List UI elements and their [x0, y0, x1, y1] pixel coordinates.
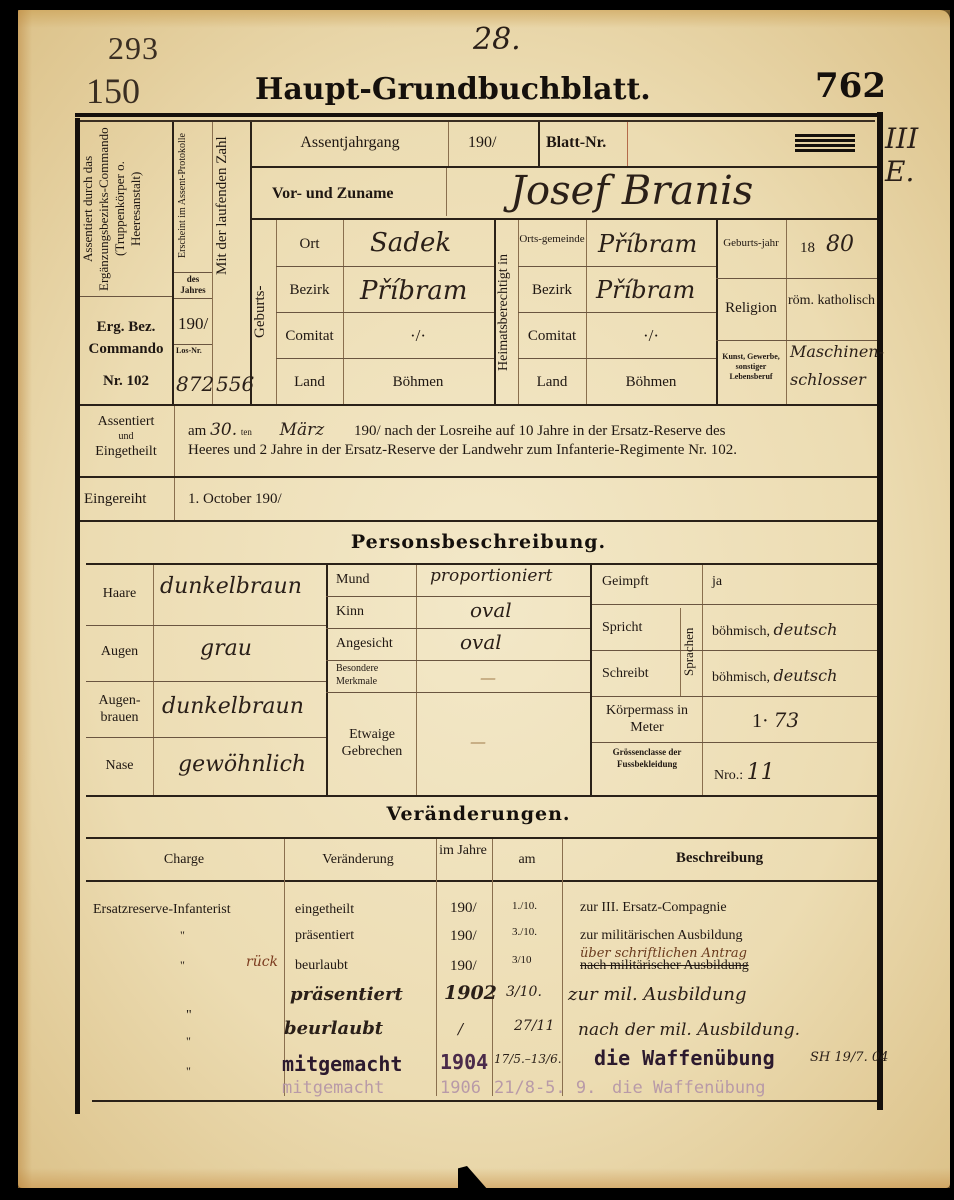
heimat-comitat-value: ·/·: [586, 326, 716, 346]
fuss-value: Nro.: 11: [714, 760, 775, 785]
commando-line-2: Commando: [80, 338, 172, 360]
name-value: Josef Branis: [510, 168, 753, 214]
divider: [786, 220, 787, 404]
laufende-zahl-value: 556: [216, 372, 254, 396]
spricht-print: böhmisch,: [712, 624, 770, 639]
angesicht-value: oval: [460, 630, 502, 654]
divider: [174, 298, 212, 299]
divider: [276, 358, 494, 359]
row6-jahr-stamp: 1904: [440, 1050, 488, 1074]
heimat-land-value: Böhmen: [586, 374, 716, 391]
koerpermass-hand: 73: [774, 708, 799, 732]
header-beschreibung: Beschreibung: [562, 850, 877, 867]
stamp-number-150: 150: [86, 70, 140, 112]
name-label: Vor- und Zuname: [272, 185, 394, 203]
row4-jahr: 1902: [444, 982, 497, 1004]
geburts-bezirk-value: Příbram: [360, 276, 467, 306]
geburts-label: Geburts-: [252, 222, 276, 402]
divider: [326, 565, 328, 795]
divider: [80, 520, 877, 522]
nase-value: gewöhnlich: [178, 752, 306, 777]
row6-am: 17/5.–13/6.: [494, 1052, 562, 1066]
divider: [702, 565, 703, 795]
row1-jahr: 190/: [450, 900, 477, 917]
ortsgemeinde-value: Příbram: [598, 230, 697, 258]
frame-top: [75, 113, 883, 117]
assent-year: 190/: [354, 423, 381, 439]
divider: [627, 122, 628, 166]
angesicht-label: Angesicht: [336, 636, 393, 652]
row7-veraenderung-stamp: mitgemacht: [282, 1078, 384, 1098]
divider: [436, 839, 437, 1096]
header-jahr: im Jahre: [434, 842, 492, 859]
row5-charge: ": [186, 1034, 191, 1049]
fuss-hand: 11: [747, 760, 775, 785]
row4-charge: ": [186, 1008, 192, 1024]
divider: [86, 880, 877, 882]
geburtsjahr-prefix: 18: [800, 240, 815, 257]
row7-beschreibung-stamp: die Waffenübung: [612, 1078, 766, 1098]
row5-beschreibung: nach der mil. Ausbildung.: [578, 1020, 800, 1040]
augen-value: grau: [200, 636, 252, 661]
divider: [174, 478, 175, 520]
row1-beschreibung: zur III. Ersatz-Compagnie: [580, 900, 727, 916]
paper-stain-bottom: [18, 1168, 950, 1188]
kinn-label: Kinn: [336, 604, 364, 620]
gebrechen-value: —: [470, 732, 486, 751]
divider: [518, 358, 716, 359]
blatt-nr-label: Blatt-Nr.: [546, 134, 606, 152]
geimpft-value: ja: [712, 574, 722, 590]
fuss-label: Grössenclasse der Fussbekleidung: [592, 746, 702, 770]
gebrechen-label: Etwaige Gebrechen: [328, 726, 416, 760]
divider: [276, 266, 494, 267]
assentjahrgang-value: 190/: [468, 134, 496, 152]
haare-value: dunkelbraun: [160, 574, 302, 599]
header-veraenderung: Veränderung: [282, 852, 434, 868]
augenbrauen-label: Augen-brauen: [86, 692, 153, 726]
kinn-value: oval: [470, 598, 512, 622]
assent-text-1: nach der Losreihe auf 10 Jahre in der Er…: [384, 423, 725, 439]
divider: [174, 344, 212, 345]
divider: [326, 692, 590, 693]
ortsgemeinde-label: Orts-gemeinde: [518, 232, 586, 246]
schreibt-label: Schreibt: [602, 666, 649, 682]
divider: [86, 625, 326, 626]
divider: [492, 839, 493, 1096]
divider: [86, 795, 877, 797]
row3-am: 3/10: [512, 954, 532, 966]
divider: [416, 565, 417, 795]
geburts-bezirk-label: Bezirk: [276, 282, 343, 299]
page-title: Haupt-Grundbuchblatt.: [255, 72, 651, 107]
divider: [592, 696, 877, 697]
divider: [326, 660, 590, 661]
commando-block: Erg. Bez. Commando Nr. 102: [80, 316, 172, 392]
divider: [716, 278, 877, 279]
divider: [518, 312, 716, 313]
schreibt-hand: deutsch: [773, 666, 837, 685]
handwritten-page-number: 28.: [473, 22, 521, 57]
eingereiht-value: 1. October 190/: [188, 491, 282, 508]
divider: [562, 839, 563, 1096]
divider: [92, 1100, 877, 1102]
beruf-value-1: Maschinen-: [790, 342, 884, 361]
divider: [716, 340, 877, 341]
divider: [174, 272, 212, 273]
geburts-comitat-value: ·/·: [343, 326, 493, 346]
divider: [174, 406, 175, 476]
header-charge: Charge: [86, 852, 282, 868]
assentiert-label: Assentiert durch das Ergänzungsbezirks-C…: [80, 124, 172, 294]
heimat-land-label: Land: [518, 374, 586, 391]
koerpermass-prefix: 1·: [752, 710, 769, 732]
row2-am: 3./10.: [512, 926, 537, 938]
row4-veraenderung: präsentiert: [290, 984, 403, 1005]
assent-month: März: [280, 420, 325, 440]
row7-jahr-stamp: 1906: [440, 1078, 481, 1098]
label-assentiert: Assentiert: [80, 414, 172, 429]
religion-label: Religion: [716, 300, 786, 317]
divider: [80, 476, 877, 478]
fuss-prefix: Nro.:: [714, 768, 743, 783]
veraenderungen-title: Veränderungen.: [80, 803, 877, 825]
schreibt-value: böhmisch, deutsch: [712, 666, 837, 686]
geburts-ort-label: Ort: [276, 236, 343, 253]
nase-label: Nase: [86, 758, 153, 774]
spricht-label: Spricht: [602, 620, 642, 636]
row1-veraenderung: eingetheilt: [295, 902, 354, 918]
assentiert-eingetheilt-label: Assentiert und Eingetheilt: [80, 414, 172, 459]
sprachen-label: Sprachen: [681, 610, 701, 694]
mund-label: Mund: [336, 572, 369, 588]
row3-charge: ": [180, 958, 185, 973]
schreibt-print: böhmisch,: [712, 670, 770, 685]
des-jahres-label: des Jahres: [174, 274, 212, 296]
divider: [592, 742, 877, 743]
row5-am: 27/11: [514, 1018, 554, 1034]
heimat-label: Heimatsberechtigt in: [496, 222, 518, 402]
row4-beschreibung: zur mil. Ausbildung: [568, 984, 747, 1005]
row7-am-stamp: 21/8-5. 9.: [494, 1078, 596, 1098]
divider: [86, 681, 326, 682]
divider: [592, 650, 877, 651]
divider: [252, 218, 877, 220]
laufende-zahl-label: Mit der laufenden Zahl: [214, 126, 250, 286]
divider: [86, 837, 877, 839]
los-nr-label: Los-Nr.: [176, 346, 202, 355]
assent-day: 30.: [210, 420, 237, 440]
header-am: am: [492, 852, 562, 868]
geburtsjahr-label: Geburts-jahr: [716, 236, 786, 250]
row6-beschreibung-stamp: die Waffenübung: [594, 1046, 775, 1070]
divider: [518, 266, 716, 267]
divider: [538, 122, 540, 166]
row6-signature: SH 19/7. 04: [810, 1050, 888, 1065]
paper-stain-left: [18, 10, 32, 1188]
divider: [172, 122, 174, 404]
merkmale-value: —: [480, 668, 496, 687]
religion-value: röm. katholisch: [786, 292, 877, 309]
geburts-ort-value: Sadek: [370, 228, 451, 258]
divider: [276, 312, 494, 313]
divider: [448, 122, 449, 166]
beruf-label: Kunst, Gewerbe, sonstiger Lebensberuf: [716, 352, 786, 382]
frame-right: [877, 112, 883, 1110]
label-und: und: [80, 429, 172, 444]
row3-jahr: 190/: [450, 958, 477, 975]
row2-charge: ": [180, 928, 185, 943]
stamp-number-293: 293: [108, 30, 159, 67]
koerpermass-value: 1· 73: [752, 708, 799, 733]
row2-veraenderung: präsentiert: [295, 928, 354, 944]
spricht-hand: deutsch: [773, 620, 837, 639]
heimat-bezirk-value: Příbram: [596, 276, 695, 304]
ten-text: ten: [241, 427, 252, 437]
divider: [592, 604, 877, 605]
row2-jahr: 190/: [450, 928, 477, 945]
assentiert-sentence-2: Heeres und 2 Jahre in der Ersatz-Reserve…: [188, 442, 737, 459]
frame-top-inner: [80, 120, 875, 122]
row4-am: 3/10.: [506, 984, 542, 1000]
spricht-value: böhmisch, deutsch: [712, 620, 837, 640]
am-text: am: [188, 423, 206, 439]
geburtsjahr-value: 80: [826, 232, 854, 257]
margin-mark: III E.: [885, 122, 954, 188]
divider: [153, 565, 154, 795]
divider: [80, 296, 172, 297]
geburts-land-label: Land: [276, 374, 343, 391]
divider: [86, 563, 877, 565]
eingereiht-label: Eingereiht: [84, 491, 146, 508]
divider: [86, 737, 326, 738]
haare-label: Haare: [86, 586, 153, 602]
heimat-comitat-label: Comitat: [518, 328, 586, 345]
beruf-value-2: schlosser: [790, 370, 866, 389]
augen-label: Augen: [86, 644, 153, 660]
mund-value: proportioniert: [430, 566, 552, 586]
row5-veraenderung: beurlaubt: [284, 1018, 383, 1039]
row5-jahr: /: [458, 1020, 463, 1038]
row3-prefix: rück: [246, 954, 278, 970]
heimat-bezirk-label: Bezirk: [518, 282, 586, 299]
augenbrauen-value: dunkelbraun: [162, 694, 304, 719]
divider: [326, 628, 590, 629]
geimpft-label: Geimpft: [602, 574, 649, 590]
row1-am: 1./10.: [512, 900, 537, 912]
merkmale-label: Besondere Merkmale: [336, 662, 411, 688]
divider: [80, 404, 877, 406]
divider: [446, 168, 447, 216]
label-eingetheilt: Eingetheilt: [80, 444, 172, 459]
row6-charge: ": [186, 1064, 191, 1079]
protokoll-label: Erscheint im Assent-Protokolle: [176, 126, 212, 266]
assentiert-sentence-1: am 30. ten März 190/ nach der Losreihe a…: [188, 420, 726, 440]
row1-charge: Ersatzreserve-Infanterist: [93, 902, 231, 918]
blatt-nr-struck-value: [795, 134, 855, 152]
assentjahrgang-label: Assentjahrgang: [252, 134, 448, 152]
personsbeschreibung-title: Personsbeschreibung.: [80, 531, 877, 553]
commando-line-1: Erg. Bez.: [80, 316, 172, 338]
sheet-number: 762: [815, 66, 886, 106]
row6-veraenderung-stamp: mitgemacht: [282, 1052, 402, 1076]
row3-veraenderung: beurlaubt: [295, 958, 348, 974]
koerpermass-label: Körpermass in Meter: [592, 702, 702, 736]
geburts-land-value: Böhmen: [343, 374, 493, 391]
des-jahres-value: 190/: [178, 314, 208, 334]
geburts-comitat-label: Comitat: [276, 328, 343, 345]
divider: [212, 122, 213, 404]
divider: [326, 596, 590, 597]
commando-line-3: Nr. 102: [80, 370, 172, 392]
row2-beschreibung: zur militärischen Ausbildung: [580, 928, 743, 944]
row3-struck-text: nach militärischer Ausbildung: [580, 958, 749, 974]
los-nr-value: 872: [176, 372, 214, 396]
